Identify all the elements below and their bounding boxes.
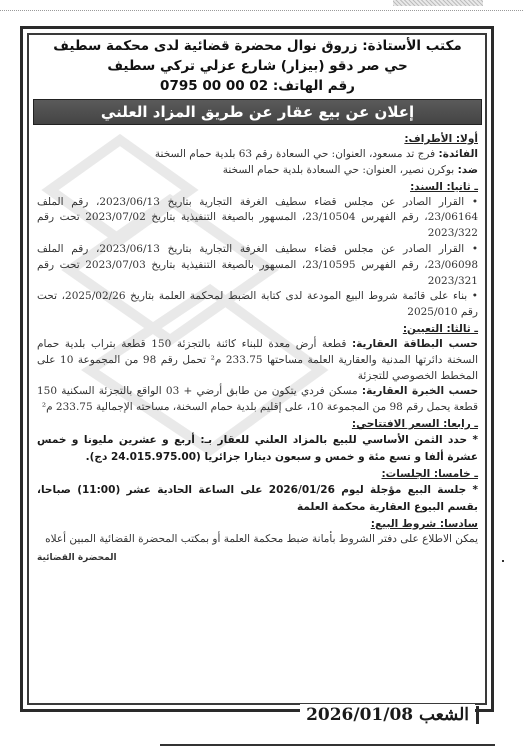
signature: المحضرة القضائية: [37, 553, 117, 563]
conditions-text: يمكن الاطلاع على دفتر الشروط بأمانة ضبط …: [37, 532, 478, 548]
designation-land-card: حسب البطاقة العقارية: قطعة أرض معدة للبن…: [37, 337, 478, 384]
deed-item: القرار الصادر عن مجلس قضاء سطيف الغرفة ا…: [37, 242, 478, 289]
conditions-title: شروط البيع:: [371, 518, 436, 530]
session-text: جلسة البيع مؤجلة ليوم 2026/01/26 على الس…: [37, 482, 478, 516]
party-label: ضد:: [458, 164, 478, 176]
phone-line: رقم الهاتف: 02 00 00 0795: [33, 76, 482, 96]
conditions-prefix: سادسا:: [440, 518, 478, 530]
announcement-title: إعلان عن بيع عقار عن طريق المزاد العلني: [33, 99, 482, 125]
section-heading-sessions: ـ خامسا: الجلسات:: [37, 466, 478, 482]
top-edge-strip: [0, 0, 523, 11]
party-text: فرج تد مسعود، العنوان: حي السعادة رقم 63…: [155, 148, 439, 160]
print-speck: [502, 560, 504, 562]
designation-expertise: حسب الخبرة العقارية: مسكن فردي يتكون من …: [37, 384, 478, 416]
office-line: مكتب الأستاذة: زروق نوال محضرة قضائية لد…: [33, 36, 482, 56]
party-line-defendant: ضد: بوكرن نصير، العنوان: حي السعادة بلدي…: [37, 163, 478, 179]
designation-label: حسب البطاقة العقارية:: [352, 338, 478, 350]
newspaper-footer: الشعب 2026/01/08: [300, 704, 475, 726]
designation-label: حسب الخبرة العقارية:: [362, 385, 478, 397]
party-line-plaintiff: الفائدة: فرج تد مسعود، العنوان: حي السعا…: [37, 147, 478, 163]
section-heading-deed: ـ ثانيا: السند:: [37, 179, 478, 195]
party-label: الفائدة:: [439, 148, 478, 160]
deed-item: بناء على قائمة شروط البيع المودعة لدى كت…: [37, 289, 478, 321]
section-heading-parties: أولا: الأطراف:: [37, 131, 478, 147]
section-heading-designation: ـ ثالثا: التعيين:: [37, 321, 478, 337]
address-line: حي صر دقو (بيزار) شارع عزلي تركي سطيف: [33, 56, 482, 76]
bottom-edge-rule: [160, 744, 495, 746]
section-heading-conditions: سادسا: شروط البيع:: [37, 516, 478, 532]
publication-date: 2026/01/08: [306, 705, 413, 725]
announcement-content: مكتب الأستاذة: زروق نوال محضرة قضائية لد…: [33, 36, 482, 567]
party-text: بوكرن نصير، العنوان: حي السعادة بلدية حم…: [223, 164, 458, 176]
announcement-body: أولا: الأطراف: الفائدة: فرج تد مسعود، ال…: [33, 125, 482, 567]
decorative-shade: [393, 0, 483, 6]
newspaper-name: الشعب: [419, 705, 469, 725]
section-heading-price: ـ رابعا: السعر الافتتاحي:: [37, 416, 478, 432]
opening-price-text: حدد الثمن الأساسي للبيع بالمزاد العلني ل…: [37, 432, 478, 466]
deed-item: القرار الصادر عن مجلس قضاء سطيف الغرفة ا…: [37, 195, 478, 242]
footer-bracket: [476, 706, 479, 724]
signature-wrap: المحضرة القضائية: [37, 550, 478, 567]
conditions-row: يمكن الاطلاع على دفتر الشروط بأمانة ضبط …: [37, 532, 478, 548]
